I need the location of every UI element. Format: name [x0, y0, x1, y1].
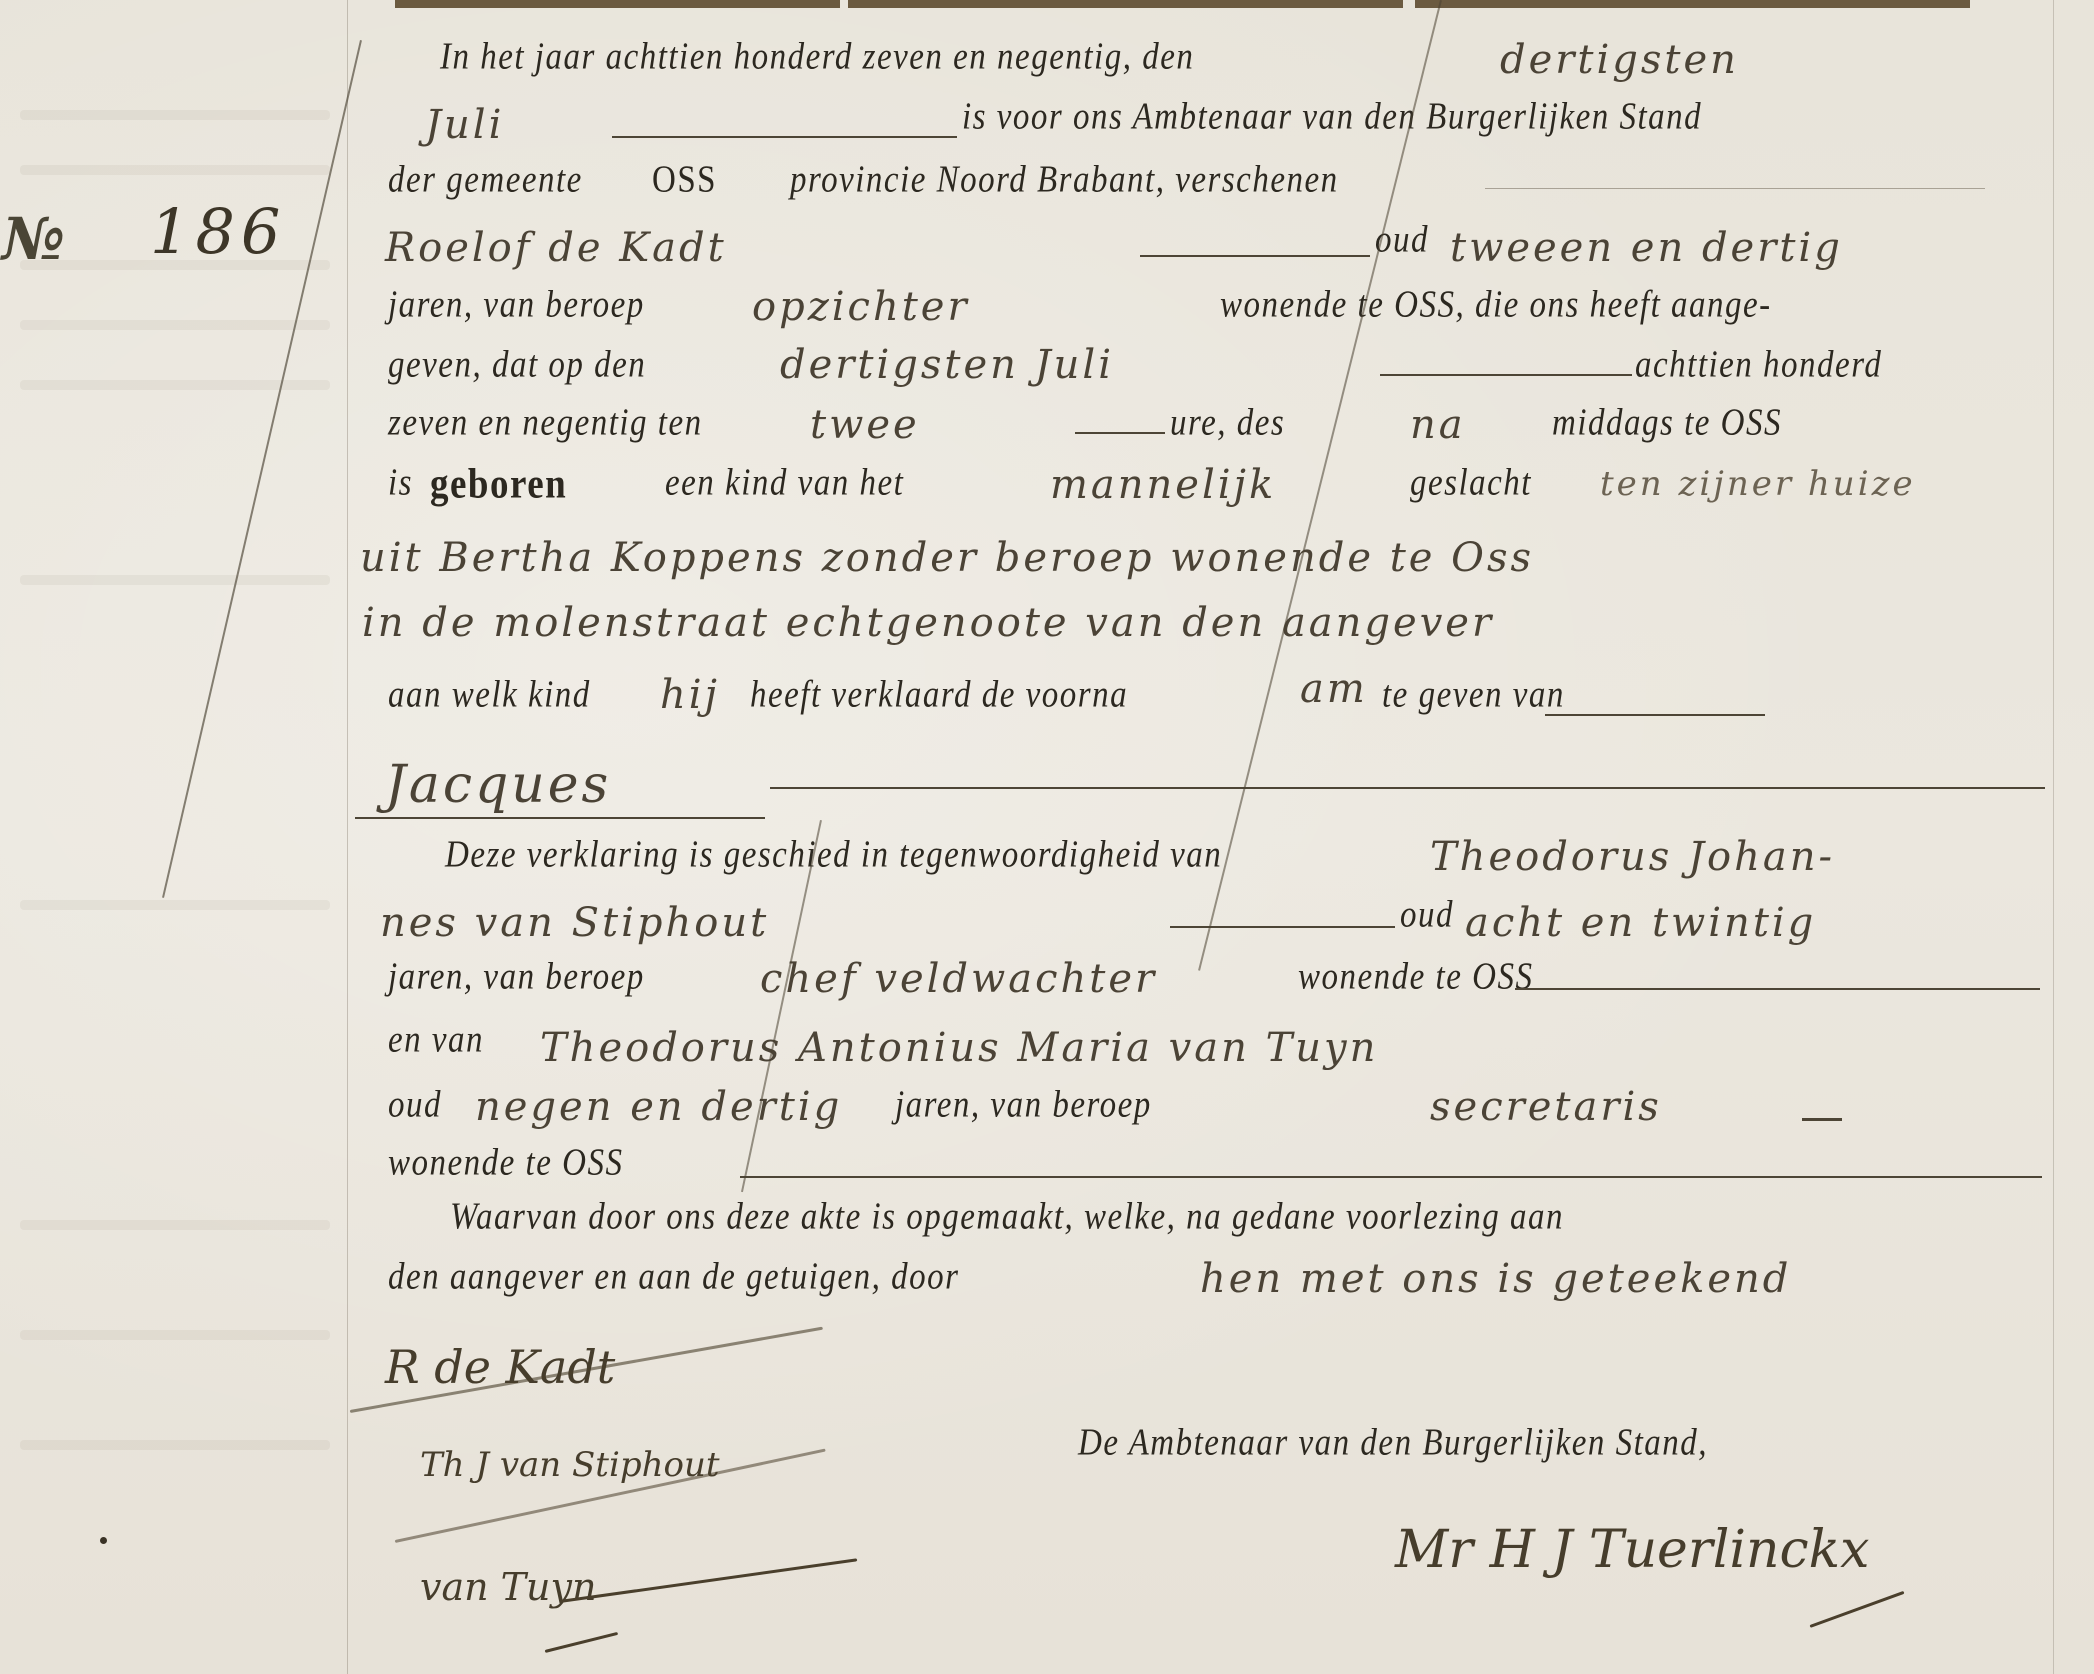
handwritten-witness1-occupation: chef veldwachter: [760, 956, 1157, 1002]
line-municipality: der gemeente OSS provincie Noord Brabant…: [0, 165, 2094, 225]
handwritten-day: dertigsten: [1500, 37, 1739, 83]
official-title: De Ambtenaar van den Burgerlijken Stand,: [1078, 1422, 1708, 1465]
signature-official: Mr H J Tuerlinckx: [1395, 1520, 1869, 1580]
line-intro: In het jaar achttien honderd zeven en ne…: [0, 42, 2094, 102]
line-given-name-intro: aan welk kind hij heeft verklaard de voo…: [0, 680, 2094, 740]
line-declaration: Deze verklaring is geschied in tegenwoor…: [0, 840, 2094, 900]
handwritten-address: in de molenstraat echtgenoote van den aa…: [362, 600, 1494, 646]
line-birth-time: zeven en negentig ten twee ure, des na m…: [0, 408, 2094, 468]
handwritten-place: ten zijner huize: [1600, 464, 1916, 504]
handwritten-given-name: Jacques: [385, 755, 611, 815]
signature-witness1: Th J van Stiphout: [420, 1445, 720, 1485]
handwritten-hour: twee: [810, 402, 920, 448]
line-closing: Waarvan door ons deze akte is opgemaakt,…: [0, 1202, 2094, 1262]
handwritten-signing: hen met ons is geteekend: [1200, 1256, 1791, 1302]
line-occupation: jaren, van beroep opzichter wonende te O…: [0, 290, 2094, 350]
line-given-name: Jacques: [0, 755, 2094, 815]
line-born: is geboren een kind van het mannelijk ge…: [0, 468, 2094, 528]
header-rule: [395, 0, 840, 8]
handwritten-declarant-age: tweeen en dertig: [1450, 225, 1843, 271]
geboren-label: geboren: [430, 460, 567, 509]
handwritten-sex: mannelijk: [1050, 462, 1276, 508]
signature-witness2: van Tuyn: [420, 1565, 596, 1609]
document-page: № 186 In het jaar achttien honderd zeven…: [0, 0, 2094, 1674]
line-address: in de molenstraat echtgenoote van den aa…: [0, 600, 2094, 660]
line-birth-date: geven, dat op den dertigsten Juli achtti…: [0, 350, 2094, 410]
line-witness1-age: nes van Stiphout oud acht en twintig: [0, 900, 2094, 960]
handwritten-witness2-occupation: secretaris: [1430, 1084, 1662, 1130]
handwritten-birth-date: dertigsten Juli: [780, 342, 1114, 388]
ink-dot: [100, 1537, 107, 1544]
handwritten-occupation: opzichter: [752, 284, 970, 330]
line-witness2-age: oud negen en dertig jaren, van beroep se…: [0, 1090, 2094, 1150]
handwritten-mother: uit Bertha Koppens zonder beroep wonende…: [360, 535, 1534, 581]
line-signing: den aangever en aan de getuigen, door he…: [0, 1262, 2094, 1322]
handwritten-month: Juli: [425, 102, 504, 148]
header-rule: [848, 0, 1403, 8]
header-rule: [1415, 0, 1970, 8]
line-witness2: en van Theodorus Antonius Maria van Tuyn: [0, 1025, 2094, 1085]
line-witness1-occupation: jaren, van beroep chef veldwachter wonen…: [0, 962, 2094, 1022]
handwritten-time-of-day: na: [1410, 402, 1466, 448]
handwritten-witness2: Theodorus Antonius Maria van Tuyn: [540, 1025, 1378, 1071]
line-month: Juli is voor ons Ambtenaar van den Burge…: [0, 102, 2094, 162]
handwritten-witness2-age: negen en dertig: [475, 1084, 842, 1130]
line-mother: uit Bertha Koppens zonder beroep wonende…: [0, 535, 2094, 595]
handwritten-witness1: Theodorus Johan-: [1430, 834, 1835, 880]
handwritten-witness1-age: acht en twintig: [1465, 900, 1816, 946]
handwritten-declarant: Roelof de Kadt: [385, 225, 727, 271]
